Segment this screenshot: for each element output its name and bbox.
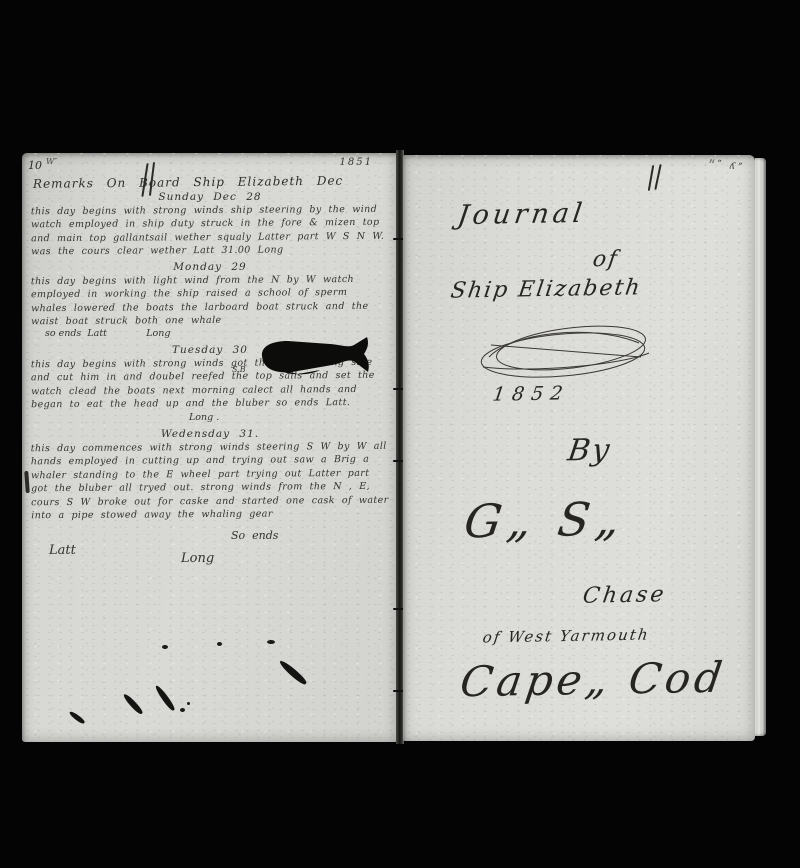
oval-flourish: [471, 315, 661, 389]
ink-dot: [180, 708, 185, 712]
document-spread: 10 W″ 1851 Remarks On Board Ship Elizabe…: [22, 150, 765, 746]
ink-dot: [217, 642, 222, 646]
ink-dot: [187, 702, 190, 705]
entry-body-wednesday: this day commences with strong winds ste…: [31, 440, 390, 523]
page-fore-edge: [755, 158, 766, 736]
so-ends-line: So ends: [31, 529, 389, 542]
page-right: ᴴʺ ʎʺ Journal of Ship Elizabeth 1852 By …: [403, 155, 755, 741]
remarks-header: Remarks On Board Ship Elizabeth Dec: [33, 173, 389, 191]
latitude-blank: Latt: [49, 544, 76, 557]
ink-mark: [278, 659, 308, 687]
pen-strokes-top: [648, 165, 654, 191]
entry-body-sunday: this day begins with strong winds ship s…: [31, 203, 389, 259]
author-surname: Chase: [581, 582, 668, 608]
entry-body-monday: this day begins with light wind from the…: [31, 272, 376, 328]
whale-stamp: [258, 336, 374, 378]
residence-west-yarmouth: of West Yarmouth: [482, 626, 651, 647]
ink-mark: [68, 710, 85, 725]
title-of: of: [591, 247, 620, 272]
scan-background: { "document": { "kind": "Scanned whaling…: [0, 0, 800, 868]
year-1852: 1852: [491, 382, 571, 405]
title-journal: Journal: [456, 198, 588, 231]
entry-heading-wednesday: Wedensday 31.: [31, 428, 389, 440]
ink-mark: [154, 684, 176, 712]
longitude-blank: Long: [181, 552, 214, 565]
byline: By: [565, 433, 613, 469]
margin-pen-mark: [24, 471, 30, 493]
title-ship-elizabeth: Ship Elizabeth: [449, 275, 643, 303]
entry-heading-monday: Monday 29: [31, 261, 389, 273]
author-initials: G„ S„: [461, 492, 630, 549]
ink-dot: [267, 640, 275, 644]
ink-dot: [162, 645, 168, 649]
entry-heading-sunday: Sunday Dec 28: [31, 191, 389, 203]
entry-closing-tuesday: Long .: [31, 411, 389, 424]
pen-strokes-top: [654, 164, 661, 190]
ink-mark: [122, 692, 144, 715]
page-left: 10 W″ 1851 Remarks On Board Ship Elizabe…: [22, 153, 397, 742]
interline-scribble: S.B: [232, 365, 246, 374]
corner-pen-marks: ᴴʺ ʎʺ: [708, 159, 745, 174]
residence-cape-cod: Cape„ Cod: [457, 653, 729, 707]
